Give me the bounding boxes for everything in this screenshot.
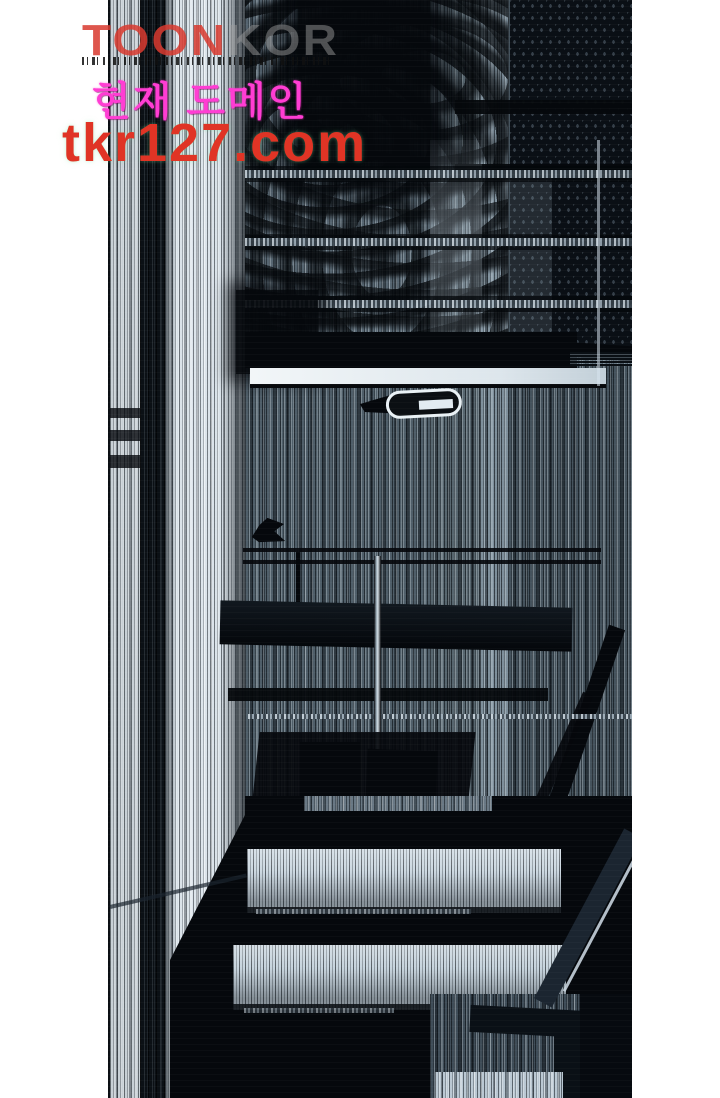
- barcode-strip: [82, 57, 332, 65]
- domain-watermark: tkr127.com: [62, 112, 367, 174]
- webtoon-page: TOONKOR 현재 도메인 tkr127.com: [0, 0, 720, 1098]
